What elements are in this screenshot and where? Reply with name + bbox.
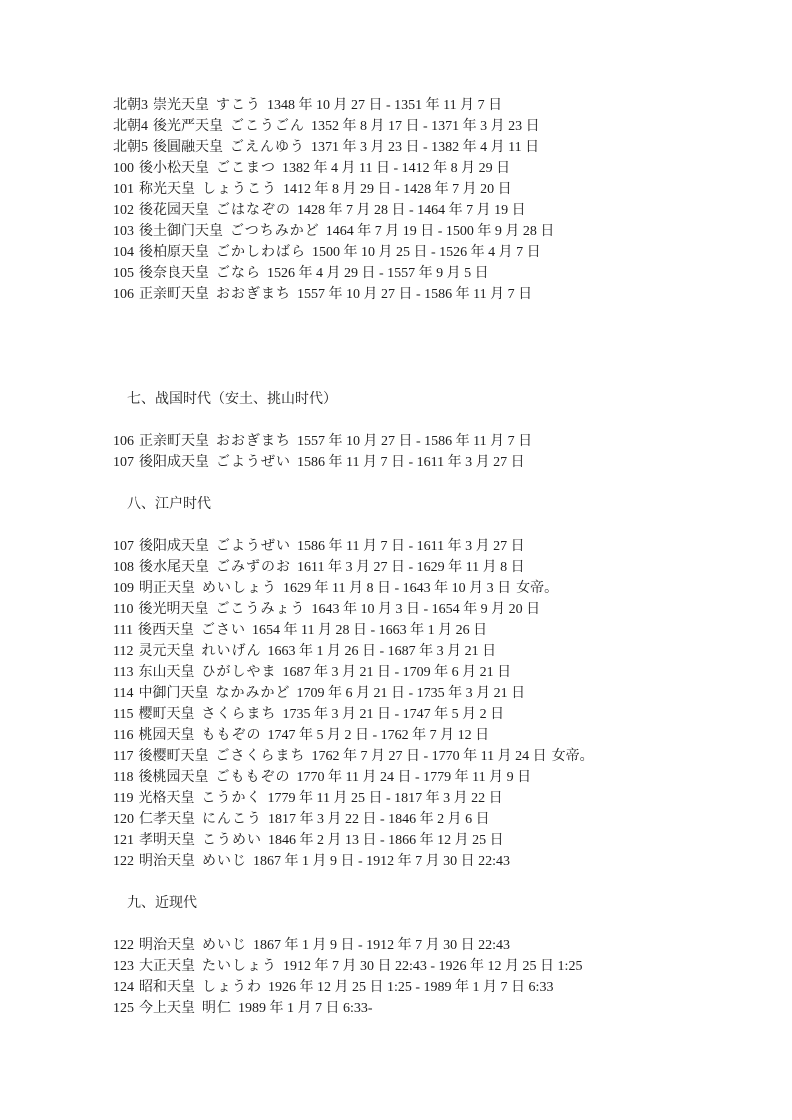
emperor-reading: ごようぜい — [216, 539, 291, 554]
entry-number: 102 — [113, 203, 134, 218]
emperor-entry-line: 124昭和天皇しょうわ1926 年 12 月 25 日 1:25 - 1989 … — [113, 977, 752, 998]
emperor-name: 昭和天皇 — [139, 980, 195, 995]
entry-number: 109 — [113, 581, 134, 596]
reign-dates: 1586 年 11 月 7 日 - 1611 年 3 月 27 日 — [297, 539, 525, 554]
emperor-name: 後阳成天皇 — [139, 455, 209, 470]
emperor-name: 灵元天皇 — [138, 644, 194, 659]
emperor-name: 光格天皇 — [138, 791, 194, 806]
emperor-entry-line: 115樱町天皇さくらまち1735 年 3 月 21 日 - 1747 年 5 月… — [113, 704, 752, 725]
emperor-reading: ごこうみょう — [215, 602, 305, 617]
entry-number: 北朝4 — [113, 119, 148, 134]
reign-dates: 1926 年 12 月 25 日 1:25 - 1989 年 1 月 7 日 6… — [268, 980, 553, 995]
entry-number: 124 — [113, 980, 134, 995]
emperor-entry-line: 109明正天皇めいしょう1629 年 11 月 8 日 - 1643 年 10 … — [113, 578, 752, 599]
emperor-entry-line: 121孝明天皇こうめい1846 年 2 月 13 日 - 1866 年 12 月… — [113, 830, 752, 851]
emperor-entry-line: 104後柏原天皇ごかしわばら1500 年 10 月 25 日 - 1526 年 … — [113, 242, 752, 263]
emperor-entry-line: 123大正天皇たいしょう1912 年 7 月 30 日 22:43 - 1926… — [113, 956, 752, 977]
emperor-reading: こうかく — [201, 791, 261, 806]
reign-dates: 1348 年 10 月 27 日 - 1351 年 11 月 7 日 — [267, 98, 502, 113]
emperor-entry-line: 北朝3崇光天皇すこう1348 年 10 月 27 日 - 1351 年 11 月… — [113, 95, 752, 116]
emperor-name: 仁孝天皇 — [139, 812, 195, 827]
emperor-reading: しょうこう — [202, 182, 277, 197]
emperor-reading: こうめい — [202, 833, 262, 848]
document-section: 七、战国时代（安土、挑山时代）106正亲町天皇おおぎまち1557 年 10 月 … — [113, 389, 752, 473]
emperor-list-document: 北朝3崇光天皇すこう1348 年 10 月 27 日 - 1351 年 11 月… — [113, 95, 752, 1019]
document-section: 九、近现代122明治天皇めいじ1867 年 1 月 9 日 - 1912 年 7… — [113, 893, 752, 1019]
emperor-entry-line: 105後奈良天皇ごなら1526 年 4 月 29 日 - 1557 年 9 月 … — [113, 263, 752, 284]
reign-dates: 1779 年 11 月 25 日 - 1817 年 3 月 22 日 — [267, 791, 502, 806]
emperor-entry-line: 101称光天皇しょうこう1412 年 8 月 29 日 - 1428 年 7 月… — [113, 179, 752, 200]
entry-number: 115 — [113, 707, 133, 722]
reign-dates: 1989 年 1 月 7 日 6:33- — [238, 1001, 373, 1016]
emperor-entry-line: 100後小松天皇ごこまつ1382 年 4 月 11 日 - 1412 年 8 月… — [113, 158, 752, 179]
emperor-reading: めいじ — [202, 854, 247, 869]
emperor-entry-line: 113东山天皇ひがしやま1687 年 3 月 21 日 - 1709 年 6 月… — [113, 662, 752, 683]
emperor-entry-line: 106正亲町天皇おおぎまち1557 年 10 月 27 日 - 1586 年 1… — [113, 284, 752, 305]
entry-note: 女帝。 — [552, 749, 594, 764]
emperor-entry-line: 122明治天皇めいじ1867 年 1 月 9 日 - 1912 年 7 月 30… — [113, 851, 752, 872]
emperor-reading: ごももぞの — [215, 770, 290, 785]
reign-dates: 1663 年 1 月 26 日 - 1687 年 3 月 21 日 — [267, 644, 496, 659]
entry-number: 125 — [113, 1001, 134, 1016]
reign-dates: 1846 年 2 月 13 日 - 1866 年 12 月 25 日 — [268, 833, 504, 848]
entry-number: 114 — [113, 686, 133, 701]
emperor-name: 後桃园天皇 — [138, 770, 208, 785]
emperor-name: 後土御门天皇 — [139, 224, 223, 239]
document-section: 北朝3崇光天皇すこう1348 年 10 月 27 日 - 1351 年 11 月… — [113, 95, 752, 305]
emperor-reading: ごこうごん — [230, 119, 305, 134]
emperor-reading: ももぞの — [201, 728, 261, 743]
reign-dates: 1643 年 10 月 3 日 - 1654 年 9 月 20 日 — [311, 602, 540, 617]
emperor-name: 後光严天皇 — [153, 119, 223, 134]
emperor-reading: おおぎまち — [216, 434, 291, 449]
entry-number: 107 — [113, 455, 134, 470]
emperor-entry-line: 110後光明天皇ごこうみょう1643 年 10 月 3 日 - 1654 年 9… — [113, 599, 752, 620]
entry-number: 104 — [113, 245, 134, 260]
emperor-name: 中御门天皇 — [138, 686, 208, 701]
reign-dates: 1654 年 11 月 28 日 - 1663 年 1 月 26 日 — [252, 623, 487, 638]
emperor-entry-line: 103後土御门天皇ごつちみかど1464 年 7 月 19 日 - 1500 年 … — [113, 221, 752, 242]
emperor-entry-line: 112灵元天皇れいげん1663 年 1 月 26 日 - 1687 年 3 月 … — [113, 641, 752, 662]
reign-dates: 1770 年 11 月 24 日 - 1779 年 11 月 9 日 — [296, 770, 531, 785]
emperor-reading: にんこう — [202, 812, 262, 827]
reign-dates: 1747 年 5 月 2 日 - 1762 年 7 月 12 日 — [267, 728, 489, 743]
emperor-name: 後西天皇 — [138, 623, 194, 638]
emperor-reading: しょうわ — [202, 980, 262, 995]
emperor-entry-line: 119光格天皇こうかく1779 年 11 月 25 日 - 1817 年 3 月… — [113, 788, 752, 809]
emperor-name: 桃园天皇 — [138, 728, 194, 743]
entry-number: 107 — [113, 539, 134, 554]
entry-number: 北朝3 — [113, 98, 148, 113]
entry-number: 119 — [113, 791, 133, 806]
emperor-reading: ひがしやま — [201, 665, 276, 680]
emperor-reading: ごさくらまち — [215, 749, 305, 764]
entry-number: 123 — [113, 959, 134, 974]
reign-dates: 1735 年 3 月 21 日 - 1747 年 5 月 2 日 — [282, 707, 504, 722]
reign-dates: 1912 年 7 月 30 日 22:43 - 1926 年 12 月 25 日… — [283, 959, 582, 974]
emperor-entry-line: 114中御门天皇なかみかど1709 年 6 月 21 日 - 1735 年 3 … — [113, 683, 752, 704]
emperor-name: 孝明天皇 — [139, 833, 195, 848]
emperor-reading: ごつちみかど — [230, 224, 320, 239]
emperor-name: 後樱町天皇 — [138, 749, 208, 764]
emperor-entry-line: 107後阳成天皇ごようぜい1586 年 11 月 7 日 - 1611 年 3 … — [113, 536, 752, 557]
emperor-entry-line: 116桃园天皇ももぞの1747 年 5 月 2 日 - 1762 年 7 月 1… — [113, 725, 752, 746]
entry-number: 100 — [113, 161, 134, 176]
entry-number: 112 — [113, 644, 133, 659]
reign-dates: 1352 年 8 月 17 日 - 1371 年 3 月 23 日 — [311, 119, 540, 134]
document-page: 北朝3崇光天皇すこう1348 年 10 月 27 日 - 1351 年 11 月… — [0, 0, 792, 1120]
reign-dates: 1687 年 3 月 21 日 - 1709 年 6 月 21 日 — [282, 665, 511, 680]
reign-dates: 1709 年 6 月 21 日 - 1735 年 3 月 21 日 — [296, 686, 525, 701]
emperor-reading: ごはなぞの — [216, 203, 291, 218]
document-section: 八、江户时代107後阳成天皇ごようぜい1586 年 11 月 7 日 - 161… — [113, 494, 752, 872]
reign-dates: 1382 年 4 月 11 日 - 1412 年 8 月 29 日 — [282, 161, 510, 176]
reign-dates: 1412 年 8 月 29 日 - 1428 年 7 月 20 日 — [283, 182, 512, 197]
emperor-name: 後花园天皇 — [139, 203, 209, 218]
emperor-reading: ごこまつ — [216, 161, 276, 176]
emperor-name: 明治天皇 — [139, 938, 195, 953]
emperor-name: 後奈良天皇 — [139, 266, 209, 281]
emperor-name: 後小松天皇 — [139, 161, 209, 176]
emperor-name: 崇光天皇 — [153, 98, 209, 113]
entry-number: 116 — [113, 728, 133, 743]
emperor-reading: ごかしわばら — [216, 245, 306, 260]
emperor-reading: ごえんゆう — [230, 140, 305, 155]
entry-number: 北朝5 — [113, 140, 148, 155]
emperor-reading: さくらまち — [201, 707, 276, 722]
emperor-reading: 明仁 — [202, 1001, 232, 1016]
entry-number: 122 — [113, 938, 134, 953]
section-heading: 七、战国时代（安土、挑山时代） — [113, 389, 752, 410]
emperor-entry-line: 北朝5後圓融天皇ごえんゆう1371 年 3 月 23 日 - 1382 年 4 … — [113, 137, 752, 158]
emperor-entry-line: 北朝4後光严天皇ごこうごん1352 年 8 月 17 日 - 1371 年 3 … — [113, 116, 752, 137]
emperor-name: 後水尾天皇 — [139, 560, 209, 575]
emperor-entry-line: 108後水尾天皇ごみずのお1611 年 3 月 27 日 - 1629 年 11… — [113, 557, 752, 578]
entry-number: 108 — [113, 560, 134, 575]
emperor-name: 正亲町天皇 — [139, 287, 209, 302]
emperor-reading: なかみかど — [215, 686, 290, 701]
emperor-entry-line: 122明治天皇めいじ1867 年 1 月 9 日 - 1912 年 7 月 30… — [113, 935, 752, 956]
entry-number: 118 — [113, 770, 133, 785]
emperor-entry-line: 107後阳成天皇ごようぜい1586 年 11 月 7 日 - 1611 年 3 … — [113, 452, 752, 473]
reign-dates: 1428 年 7 月 28 日 - 1464 年 7 月 19 日 — [297, 203, 526, 218]
reign-dates: 1867 年 1 月 9 日 - 1912 年 7 月 30 日 22:43 — [253, 938, 510, 953]
entry-number: 111 — [113, 623, 133, 638]
emperor-entry-line: 125今上天皇明仁1989 年 1 月 7 日 6:33- — [113, 998, 752, 1019]
entry-number: 106 — [113, 434, 134, 449]
emperor-entry-line: 120仁孝天皇にんこう1817 年 3 月 22 日 - 1846 年 2 月 … — [113, 809, 752, 830]
emperor-name: 明治天皇 — [139, 854, 195, 869]
reign-dates: 1611 年 3 月 27 日 - 1629 年 11 月 8 日 — [297, 560, 525, 575]
emperor-reading: れいげん — [201, 644, 261, 659]
reign-dates: 1817 年 3 月 22 日 - 1846 年 2 月 6 日 — [268, 812, 490, 827]
reign-dates: 1867 年 1 月 9 日 - 1912 年 7 月 30 日 22:43 — [253, 854, 510, 869]
emperor-name: 後圓融天皇 — [153, 140, 223, 155]
entry-number: 106 — [113, 287, 134, 302]
emperor-name: 後阳成天皇 — [139, 539, 209, 554]
emperor-name: 正亲町天皇 — [139, 434, 209, 449]
reign-dates: 1371 年 3 月 23 日 - 1382 年 4 月 11 日 — [311, 140, 539, 155]
emperor-name: 东山天皇 — [138, 665, 194, 680]
emperor-reading: めいしょう — [202, 581, 277, 596]
entry-number: 121 — [113, 833, 134, 848]
reign-dates: 1526 年 4 月 29 日 - 1557 年 9 月 5 日 — [267, 266, 489, 281]
emperor-reading: めいじ — [202, 938, 247, 953]
entry-number: 103 — [113, 224, 134, 239]
emperor-entry-line: 117後樱町天皇ごさくらまち1762 年 7 月 27 日 - 1770 年 1… — [113, 746, 752, 767]
reign-dates: 1557 年 10 月 27 日 - 1586 年 11 月 7 日 — [297, 287, 532, 302]
emperor-reading: すこう — [216, 98, 261, 113]
emperor-reading: ごようぜい — [216, 455, 291, 470]
reign-dates: 1586 年 11 月 7 日 - 1611 年 3 月 27 日 — [297, 455, 525, 470]
section-heading: 八、江户时代 — [113, 494, 752, 515]
reign-dates: 1762 年 7 月 27 日 - 1770 年 11 月 24 日 — [311, 749, 546, 764]
emperor-name: 樱町天皇 — [138, 707, 194, 722]
entry-number: 113 — [113, 665, 133, 680]
emperor-reading: ごなら — [216, 266, 261, 281]
emperor-entry-line: 111後西天皇ごさい1654 年 11 月 28 日 - 1663 年 1 月 … — [113, 620, 752, 641]
entry-number: 101 — [113, 182, 134, 197]
reign-dates: 1464 年 7 月 19 日 - 1500 年 9 月 28 日 — [326, 224, 555, 239]
emperor-reading: おおぎまち — [216, 287, 291, 302]
emperor-entry-line: 118後桃园天皇ごももぞの1770 年 11 月 24 日 - 1779 年 1… — [113, 767, 752, 788]
emperor-name: 明正天皇 — [139, 581, 195, 596]
entry-number: 120 — [113, 812, 134, 827]
emperor-name: 今上天皇 — [139, 1001, 195, 1016]
reign-dates: 1557 年 10 月 27 日 - 1586 年 11 月 7 日 — [297, 434, 532, 449]
emperor-name: 後光明天皇 — [138, 602, 208, 617]
emperor-name: 大正天皇 — [139, 959, 195, 974]
emperor-reading: たいしょう — [202, 959, 277, 974]
entry-number: 122 — [113, 854, 134, 869]
emperor-entry-line: 102後花园天皇ごはなぞの1428 年 7 月 28 日 - 1464 年 7 … — [113, 200, 752, 221]
entry-number: 105 — [113, 266, 134, 281]
emperor-entry-line: 106正亲町天皇おおぎまち1557 年 10 月 27 日 - 1586 年 1… — [113, 431, 752, 452]
entry-note: 女帝。 — [516, 581, 558, 596]
emperor-reading: ごさい — [201, 623, 246, 638]
emperor-name: 称光天皇 — [139, 182, 195, 197]
emperor-reading: ごみずのお — [216, 560, 291, 575]
entry-number: 117 — [113, 749, 133, 764]
emperor-name: 後柏原天皇 — [139, 245, 209, 260]
reign-dates: 1629 年 11 月 8 日 - 1643 年 10 月 3 日 — [283, 581, 511, 596]
section-heading: 九、近现代 — [113, 893, 752, 914]
reign-dates: 1500 年 10 月 25 日 - 1526 年 4 月 7 日 — [312, 245, 541, 260]
entry-number: 110 — [113, 602, 133, 617]
